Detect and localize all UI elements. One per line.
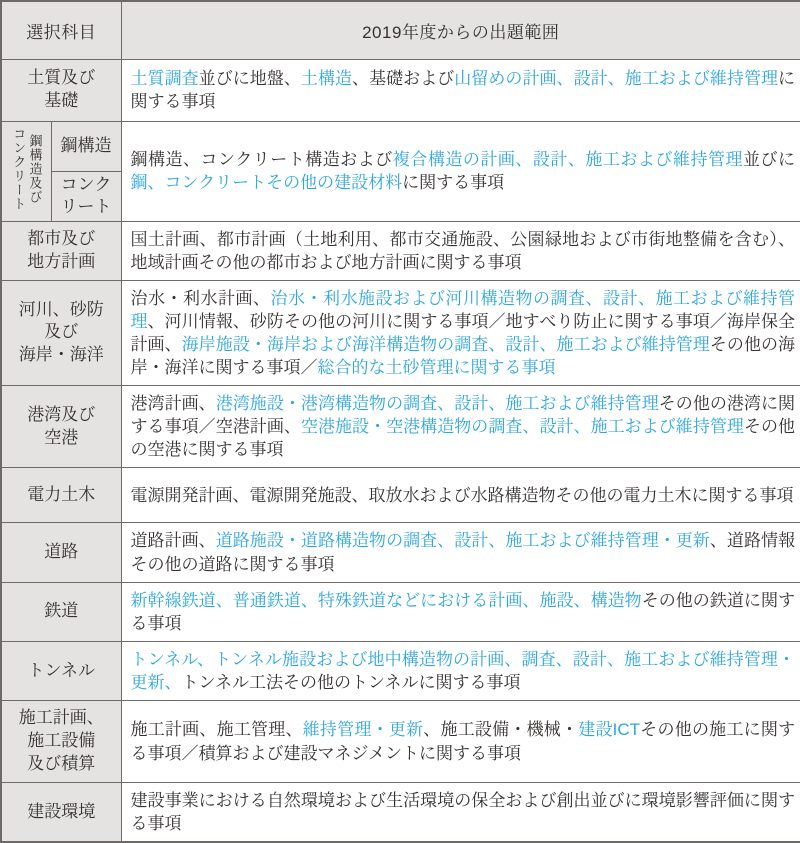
- scope-text: 、施工設備・機械・: [423, 720, 578, 739]
- row-label-river-erosion-coast-ocean: 河川、砂防 及び 海岸・海洋: [1, 280, 121, 385]
- scope-text-highlight: 鋼、コンクリートその他の建設材料: [131, 173, 403, 192]
- table-row: トンネル トンネル、トンネル施設および地中構造物の計画、調査、設計、施工および維…: [1, 641, 800, 700]
- scope-text: 鋼構造、コンクリート構造および: [131, 150, 393, 169]
- scope-text-highlight: 土質調査: [131, 69, 199, 88]
- row-label-construction-environment: 建設環境: [1, 782, 121, 842]
- row-content: 道路計画、道路施設・道路構造物の調査、設計、施工および維持管理・更新、道路情報そ…: [121, 523, 800, 582]
- scope-text-highlight: 新幹線鉄道、普通鉄道、特殊鉄道などにおける計画、施設、構造物: [131, 591, 642, 610]
- row-label-tunnel: トンネル: [1, 641, 121, 700]
- row-label-urban-regional-planning: 都市及び 地方計画: [1, 221, 121, 280]
- row-content: 鋼構造、コンクリート構造および複合構造の計画、設計、施工および維持管理並びに鋼、…: [121, 121, 800, 221]
- row-content: 電源開発計画、電源開発施設、取放水および水路構造物その他の電力土木に関する事項: [121, 468, 800, 523]
- scope-text: 並びに地盤、: [199, 69, 301, 88]
- scope-text: 治水・利水計画、: [131, 289, 271, 308]
- table-row: 鋼構造及び コンクリート 鋼構造 鋼構造、コンクリート構造および複合構造の計画、…: [1, 121, 800, 171]
- scope-text-highlight: 道路施設・道路構造物の調査、設計、施工および維持管理・更新: [216, 531, 710, 550]
- exam-scope-table: 選択科目 2019年度からの出題範囲 土質及び 基礎 土質調査並びに地盤、土構造…: [0, 0, 800, 843]
- scope-text: 電源開発計画、電源開発施設、取放水および水路構造物その他の電力土木に関する事項: [131, 486, 794, 505]
- table-row: 河川、砂防 及び 海岸・海洋 治水・利水計画、治水・利水施設および河川構造物の調…: [1, 280, 800, 385]
- table-row: 施工計画、 施工設備 及び積算 施工計画、施工管理、維持管理・更新、施工設備・機…: [1, 701, 800, 783]
- scope-text-highlight: 土構造: [301, 69, 352, 88]
- scope-text: に関する事項: [402, 173, 504, 192]
- row-content: 施工計画、施工管理、維持管理・更新、施工設備・機械・建設ICTその他の施工に関す…: [121, 701, 800, 783]
- row-content: 治水・利水計画、治水・利水施設および河川構造物の調査、設計、施工および維持管理、…: [121, 280, 800, 385]
- scope-text-highlight: 山留めの計画、設計、施工および維持管理: [454, 69, 778, 88]
- row-label-electric-power-civil: 電力土木: [1, 468, 121, 523]
- scope-text: 並びに: [743, 150, 795, 169]
- table-row: 建設環境 建設事業における自然環境および生活環境の保全および創出並びに環境影響評…: [1, 782, 800, 842]
- vertical-label-text: 鋼構造及び コンクリート: [10, 127, 43, 211]
- header-subject-cell: 選択科目: [1, 1, 121, 59]
- scope-text-highlight: 建設ICT: [578, 720, 640, 739]
- scope-text-highlight: 海岸施設・海岸および海洋構造物の調査、設計、施工および維持管理: [182, 335, 710, 354]
- table-row: 港湾及び 空港 港湾計画、港湾施設・港湾構造物の調査、設計、施工および維持管理そ…: [1, 386, 800, 468]
- scope-text-highlight: 維持管理・更新: [303, 720, 424, 739]
- row-content: 土質調査並びに地盤、土構造、基礎および山留めの計画、設計、施工および維持管理に関…: [121, 59, 800, 121]
- table-row: 鉄道 新幹線鉄道、普通鉄道、特殊鉄道などにおける計画、施設、構造物その他の鉄道に…: [1, 582, 800, 641]
- sublabel-steel-structure: 鋼構造: [51, 121, 121, 171]
- scope-text: 建設事業における自然環境および生活環境の保全および創出並びに環境影響評価に関する…: [131, 791, 796, 833]
- scope-text: 国土計画、都市計画（土地利用、都市交通施設、公園緑地および市街地整備を含む）、地…: [131, 230, 796, 272]
- row-label-soil-foundation: 土質及び 基礎: [1, 59, 121, 121]
- table-row: 道路 道路計画、道路施設・道路構造物の調査、設計、施工および維持管理・更新、道路…: [1, 523, 800, 582]
- scope-text: 、基礎および: [352, 69, 454, 88]
- scope-text: 港湾計画、: [131, 394, 216, 413]
- scope-text-highlight: 総合的な土砂管理に関する事項: [318, 358, 556, 377]
- scope-text-highlight: 空港施設・空港構造物の調査、設計、施工および維持管理: [301, 417, 744, 436]
- scope-text: 道路計画、: [131, 531, 216, 550]
- sublabel-concrete: コンク リート: [51, 171, 121, 221]
- scope-text: 施工計画、施工管理、: [131, 720, 303, 739]
- row-content: 国土計画、都市計画（土地利用、都市交通施設、公園緑地および市街地整備を含む）、地…: [121, 221, 800, 280]
- row-label-construction-planning-equipment-estimation: 施工計画、 施工設備 及び積算: [1, 701, 121, 783]
- row-label-railway: 鉄道: [1, 582, 121, 641]
- scope-text-highlight: 複合構造の計画、設計、施工および維持管理: [393, 150, 743, 169]
- table-row: 都市及び 地方計画 国土計画、都市計画（土地利用、都市交通施設、公園緑地および市…: [1, 221, 800, 280]
- row-content: 港湾計画、港湾施設・港湾構造物の調査、設計、施工および維持管理その他の港湾に関す…: [121, 386, 800, 468]
- table-row: 電力土木 電源開発計画、電源開発施設、取放水および水路構造物その他の電力土木に関…: [1, 468, 800, 523]
- row-label-port-airport: 港湾及び 空港: [1, 386, 121, 468]
- scope-text: トンネル工法その他のトンネルに関する事項: [182, 673, 521, 692]
- table-row: 土質及び 基礎 土質調査並びに地盤、土構造、基礎および山留めの計画、設計、施工お…: [1, 59, 800, 121]
- header-scope-cell: 2019年度からの出題範囲: [121, 1, 800, 59]
- row-group-label-steel-concrete: 鋼構造及び コンクリート: [1, 121, 51, 221]
- row-label-road: 道路: [1, 523, 121, 582]
- table-header-row: 選択科目 2019年度からの出題範囲: [1, 1, 800, 59]
- row-content: トンネル、トンネル施設および地中構造物の計画、調査、設計、施工および維持管理・更…: [121, 641, 800, 700]
- scope-text-highlight: 港湾施設・港湾構造物の調査、設計、施工および維持管理: [216, 394, 659, 413]
- row-content: 新幹線鉄道、普通鉄道、特殊鉄道などにおける計画、施設、構造物その他の鉄道に関する…: [121, 582, 800, 641]
- row-content: 建設事業における自然環境および生活環境の保全および創出並びに環境影響評価に関する…: [121, 782, 800, 842]
